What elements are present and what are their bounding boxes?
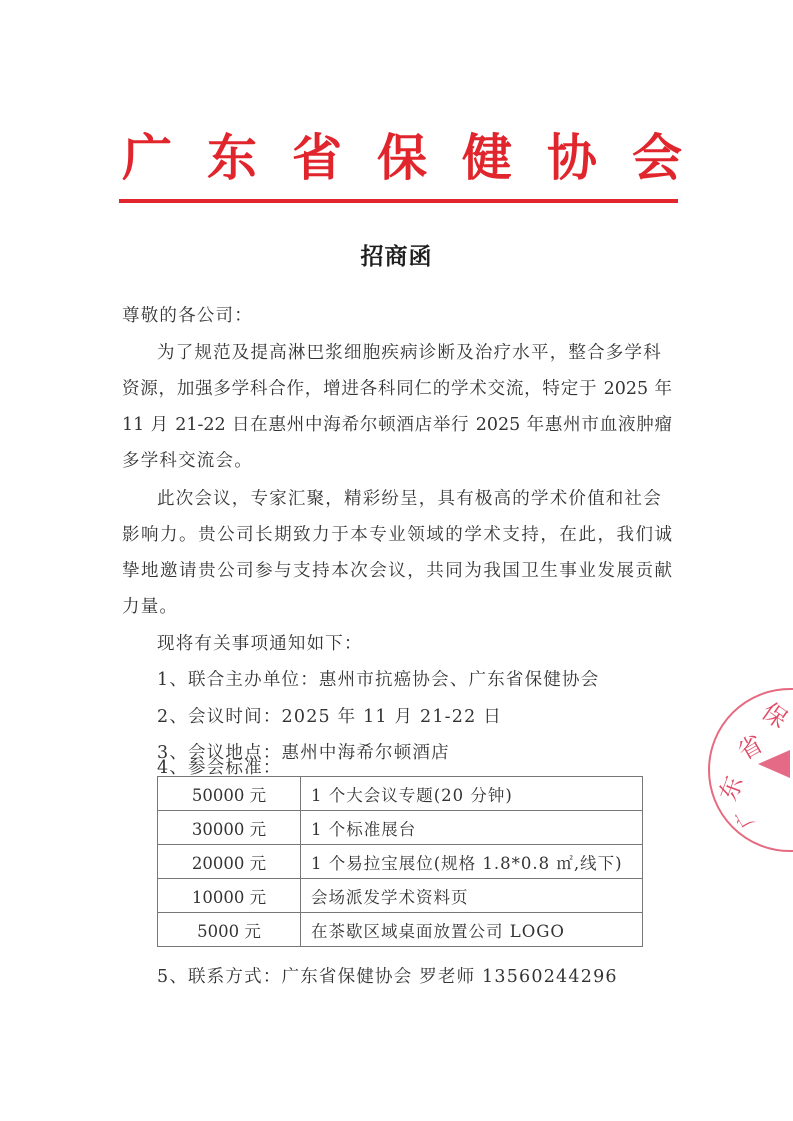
table-row: 20000 元 1 个易拉宝展位(规格 1.8*0.8 ㎡,线下)	[158, 845, 643, 879]
paragraph-1-line: 多学科交流会。	[122, 447, 253, 472]
letterhead-char: 东	[207, 133, 257, 183]
letterhead-char: 广	[122, 133, 172, 183]
notice-item-time: 2、会议时间：2025 年 11 月 21-22 日	[157, 703, 502, 728]
fee-amount: 20000 元	[158, 845, 301, 879]
fee-benefit: 1 个标准展台	[301, 811, 643, 845]
fee-table: 50000 元 1 个大会议专题(20 分钟) 30000 元 1 个标准展台 …	[157, 776, 643, 947]
fee-benefit: 在茶歇区域桌面放置公司 LOGO	[301, 913, 643, 947]
fee-amount: 30000 元	[158, 811, 301, 845]
table-row: 5000 元 在茶歇区域桌面放置公司 LOGO	[158, 913, 643, 947]
letterhead-char: 协	[547, 133, 597, 183]
paragraph-1-line: 11 月 21-22 日在惠州中海希尔顿酒店举行 2025 年惠州市血液肿瘤	[122, 411, 672, 436]
fee-amount: 5000 元	[158, 913, 301, 947]
paragraph-2-line: 影响力。贵公司长期致力于本专业领域的学术支持，在此，我们诚	[122, 521, 672, 546]
letterhead-char: 健	[462, 133, 512, 183]
table-row: 50000 元 1 个大会议专题(20 分钟)	[158, 777, 643, 811]
paragraph-1-line: 资源，加强多学科合作，增进各科同仁的学术交流，特定于 2025 年	[122, 375, 672, 400]
letterhead-char: 保	[377, 133, 427, 183]
letterhead-divider	[119, 199, 678, 203]
fee-benefit: 1 个易拉宝展位(规格 1.8*0.8 ㎡,线下)	[301, 845, 643, 879]
paragraph-2-line: 挚地邀请贵公司参与支持本次会议，共同为我国卫生事业发展贡献	[122, 557, 672, 582]
notice-item-contact: 5、联系方式：广东省保健协会 罗老师 13560244296	[157, 963, 618, 988]
document-title: 招商函	[0, 238, 793, 271]
notice-item-organizers: 1、联合主办单位：惠州市抗癌协会、广东省保健协会	[157, 666, 599, 691]
fee-amount: 50000 元	[158, 777, 301, 811]
paragraph-2-line: 力量。	[122, 593, 178, 618]
paragraph-2-line: 此次会议，专家汇聚，精彩纷呈，具有极高的学术价值和社会	[157, 485, 662, 510]
table-row: 10000 元 会场派发学术资料页	[158, 879, 643, 913]
letterhead-char: 会	[632, 133, 682, 183]
letterhead-org-name: 广 东 省 保 健 协 会	[122, 128, 682, 188]
fee-benefit: 会场派发学术资料页	[301, 879, 643, 913]
notice-intro: 现将有关事项通知如下：	[157, 630, 363, 655]
letterhead-char: 省	[292, 133, 342, 183]
fee-amount: 10000 元	[158, 879, 301, 913]
paragraph-1-line: 为了规范及提高淋巴浆细胞疾病诊断及治疗水平，整合多学科	[157, 339, 662, 364]
salutation: 尊敬的各公司：	[122, 302, 253, 327]
table-row: 30000 元 1 个标准展台	[158, 811, 643, 845]
fee-benefit: 1 个大会议专题(20 分钟)	[301, 777, 643, 811]
